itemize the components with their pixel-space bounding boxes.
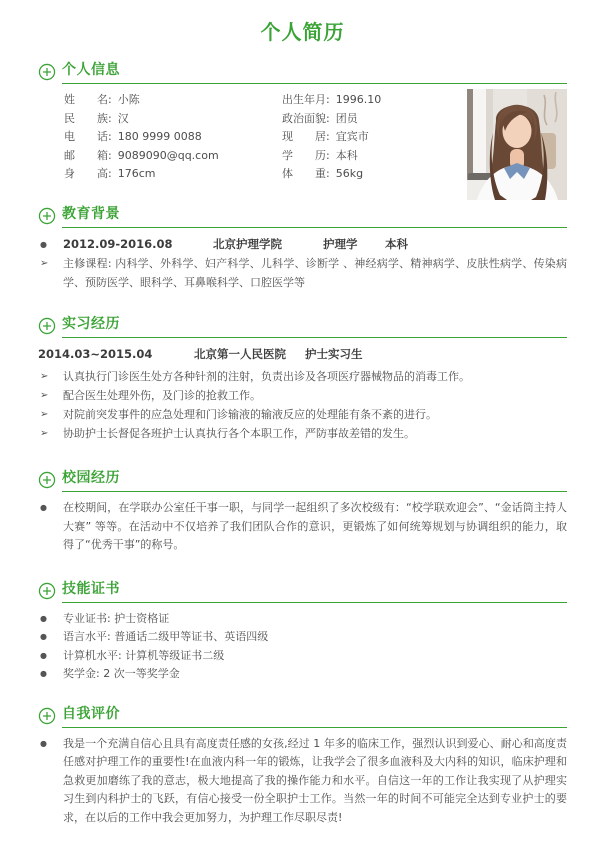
section-education: 教育背景 ● 2012.09-2016.08 北京护理学院 护理学 本科 ➢ 主… [38, 206, 567, 292]
section-skills-certificates: 技能证书 ● 专业证书: 护士资格证 ● 语言水平: 普通话二级甲等证书、英语四… [38, 581, 567, 684]
field-value: 宜宾市 [336, 130, 369, 143]
bullet-icon: ● [40, 235, 63, 254]
section-header-campus: 校园经历 [38, 470, 567, 492]
info-row-ethnicity: 民 族:汉 [64, 110, 282, 129]
personal-info-body: 姓 名:小陈 民 族:汉 电 话:180 9999 0088 邮 箱:90890… [38, 87, 567, 200]
info-row-degree: 学 历:本科 [282, 147, 467, 166]
education-school: 北京护理学院 [213, 235, 323, 254]
info-row-political-status: 政治面貌:团员 [282, 110, 467, 129]
field-value: 180 9999 0088 [118, 130, 202, 143]
internship-duties: ➢ 认真执行门诊医生处方各种针剂的注射，负责出诊及各项医疗器械物品的消毒工作。 … [38, 367, 567, 443]
field-label: 政治面貌: [282, 112, 330, 125]
skill-item-text: 奖学金: 2 次一等奖学金 [63, 665, 567, 684]
field-label: 身 高: [64, 167, 112, 180]
section-title-personal: 个人信息 [62, 62, 567, 84]
info-row-weight: 体 重:56kg [282, 165, 467, 184]
internship-duty-text: 配合医生处理外伤，及门诊的抢救工作。 [63, 386, 567, 405]
field-value: 1996.10 [336, 93, 382, 106]
plus-circle-icon [38, 707, 56, 725]
field-value: 团员 [336, 112, 358, 125]
campus-paragraph-item: ● 在校期间，在学联办公室任干事一职，与同学一起组织了多次校级有：“校学联欢迎会… [38, 499, 567, 555]
education-major: 护理学 [323, 235, 385, 254]
education-courses: ➢ 主修课程: 内科学、外科学、妇产科学、儿科学、诊断学 、神经病学、精神病学、… [38, 254, 567, 292]
arrow-bullet-icon: ➢ [40, 424, 63, 443]
section-title-skills: 技能证书 [62, 581, 567, 603]
profile-photo [467, 89, 567, 200]
info-row-birth: 出生年月:1996.10 [282, 91, 467, 110]
section-title-campus: 校园经历 [62, 470, 567, 492]
internship-role: 护士实习生 [305, 345, 363, 364]
skill-item-text: 语言水平: 普通话二级甲等证书、英语四级 [63, 628, 567, 647]
skill-item: ● 语言水平: 普通话二级甲等证书、英语四级 [38, 628, 567, 647]
internship-duty-text: 协助护士长督促各班护士认真执行各个本职工作，严防事故差错的发生。 [63, 424, 567, 443]
info-row-residence: 现 居:宜宾市 [282, 128, 467, 147]
skill-item: ● 计算机水平: 计算机等级证书二级 [38, 647, 567, 666]
resume-page: 个人简历 个人信息 姓 名:小陈 民 族:汉 电 话:180 9999 0088… [0, 0, 600, 848]
skills-body: ● 专业证书: 护士资格证 ● 语言水平: 普通话二级甲等证书、英语四级 ● 计… [38, 610, 567, 684]
field-value: 小陈 [118, 93, 140, 106]
field-value: 176cm [118, 167, 156, 180]
field-label: 出生年月: [282, 93, 330, 106]
bullet-icon: ● [40, 647, 63, 666]
internship-duty-text: 对院前突发事件的应急处理和门诊输液的输液反应的处理能有条不紊的进行。 [63, 405, 567, 424]
section-internship: 实习经历 2014.03~2015.04 北京第一人民医院 护士实习生 ➢ 认真… [38, 316, 567, 443]
section-header-internship: 实习经历 [38, 316, 567, 338]
internship-duty: ➢ 认真执行门诊医生处方各种针剂的注射，负责出诊及各项医疗器械物品的消毒工作。 [38, 367, 567, 386]
internship-organization: 北京第一人民医院 [194, 345, 305, 364]
field-value: 本科 [336, 149, 358, 162]
internship-body: 2014.03~2015.04 北京第一人民医院 护士实习生 ➢ 认真执行门诊医… [38, 345, 567, 443]
internship-entry: 2014.03~2015.04 北京第一人民医院 护士实习生 [38, 345, 567, 364]
evaluation-body: ● 我是一个充满自信心且具有高度责任感的女孩,经过 1 年多的临床工作，强烈认识… [38, 735, 567, 828]
field-label: 民 族: [64, 112, 112, 125]
info-row-phone: 电 话:180 9999 0088 [64, 128, 282, 147]
info-row-email: 邮 箱:9089090@qq.com [64, 147, 282, 166]
arrow-bullet-icon: ➢ [40, 367, 63, 386]
evaluation-paragraph-item: ● 我是一个充满自信心且具有高度责任感的女孩,经过 1 年多的临床工作，强烈认识… [38, 735, 567, 828]
campus-body: ● 在校期间，在学联办公室任干事一职，与同学一起组织了多次校级有：“校学联欢迎会… [38, 499, 567, 555]
skill-item-text: 专业证书: 护士资格证 [63, 610, 567, 629]
bullet-icon: ● [40, 610, 63, 629]
field-value: 56kg [336, 167, 363, 180]
info-row-name: 姓 名:小陈 [64, 91, 282, 110]
section-campus-experience: 校园经历 ● 在校期间，在学联办公室任干事一职，与同学一起组织了多次校级有：“校… [38, 470, 567, 555]
personal-info-right-column: 出生年月:1996.10 政治面貌:团员 现 居:宜宾市 学 历:本科 体 重:… [282, 91, 467, 200]
bullet-icon: ● [40, 499, 63, 555]
section-self-evaluation: 自我评价 ● 我是一个充满自信心且具有高度责任感的女孩,经过 1 年多的临床工作… [38, 706, 567, 828]
field-label: 体 重: [282, 167, 330, 180]
section-header-evaluation: 自我评价 [38, 706, 567, 728]
internship-duty: ➢ 协助护士长督促各班护士认真执行各个本职工作，严防事故差错的发生。 [38, 424, 567, 443]
education-degree: 本科 [385, 235, 408, 254]
internship-duty: ➢ 配合医生处理外伤，及门诊的抢救工作。 [38, 386, 567, 405]
internship-duty-text: 认真执行门诊医生处方各种针剂的注射，负责出诊及各项医疗器械物品的消毒工作。 [63, 367, 567, 386]
page-title: 个人简历 [38, 18, 567, 46]
field-label: 学 历: [282, 149, 330, 162]
field-label: 姓 名: [64, 93, 112, 106]
personal-info-grid: 姓 名:小陈 民 族:汉 电 话:180 9999 0088 邮 箱:90890… [38, 87, 467, 200]
field-value: 9089090@qq.com [118, 149, 219, 162]
section-title-education: 教育背景 [62, 206, 567, 228]
plus-circle-icon [38, 63, 56, 81]
info-row-height: 身 高:176cm [64, 165, 282, 184]
field-label: 邮 箱: [64, 149, 112, 162]
internship-period: 2014.03~2015.04 [38, 345, 194, 364]
bullet-icon: ● [40, 665, 63, 684]
bullet-icon: ● [40, 628, 63, 647]
arrow-bullet-icon: ➢ [40, 386, 63, 405]
skill-item-text: 计算机水平: 计算机等级证书二级 [63, 647, 567, 666]
field-label: 现 居: [282, 130, 330, 143]
section-title-evaluation: 自我评价 [62, 706, 567, 728]
evaluation-paragraph-text: 我是一个充满自信心且具有高度责任感的女孩,经过 1 年多的临床工作，强烈认识到爱… [63, 735, 567, 828]
field-value: 汉 [118, 112, 129, 125]
arrow-bullet-icon: ➢ [40, 254, 63, 292]
education-period: 2012.09-2016.08 [63, 235, 213, 254]
plus-circle-icon [38, 207, 56, 225]
plus-circle-icon [38, 582, 56, 600]
section-personal-info: 个人信息 姓 名:小陈 民 族:汉 电 话:180 9999 0088 邮 箱:… [38, 62, 567, 200]
education-body: ● 2012.09-2016.08 北京护理学院 护理学 本科 ➢ 主修课程: … [38, 235, 567, 292]
bullet-icon: ● [40, 735, 63, 828]
internship-duty: ➢ 对院前突发事件的应急处理和门诊输液的输液反应的处理能有条不紊的进行。 [38, 405, 567, 424]
personal-info-left-column: 姓 名:小陈 民 族:汉 电 话:180 9999 0088 邮 箱:90890… [64, 91, 282, 200]
education-entry: ● 2012.09-2016.08 北京护理学院 护理学 本科 [38, 235, 567, 254]
field-label: 电 话: [64, 130, 112, 143]
skill-item: ● 奖学金: 2 次一等奖学金 [38, 665, 567, 684]
plus-circle-icon [38, 317, 56, 335]
section-header-education: 教育背景 [38, 206, 567, 228]
campus-paragraph-text: 在校期间，在学联办公室任干事一职，与同学一起组织了多次校级有：“校学联欢迎会”、… [63, 499, 567, 555]
section-header-personal: 个人信息 [38, 62, 567, 84]
section-title-internship: 实习经历 [62, 316, 567, 338]
arrow-bullet-icon: ➢ [40, 405, 63, 424]
plus-circle-icon [38, 471, 56, 489]
education-courses-text: 主修课程: 内科学、外科学、妇产科学、儿科学、诊断学 、神经病学、精神病学、皮肤… [63, 254, 567, 292]
skill-item: ● 专业证书: 护士资格证 [38, 610, 567, 629]
section-header-skills: 技能证书 [38, 581, 567, 603]
